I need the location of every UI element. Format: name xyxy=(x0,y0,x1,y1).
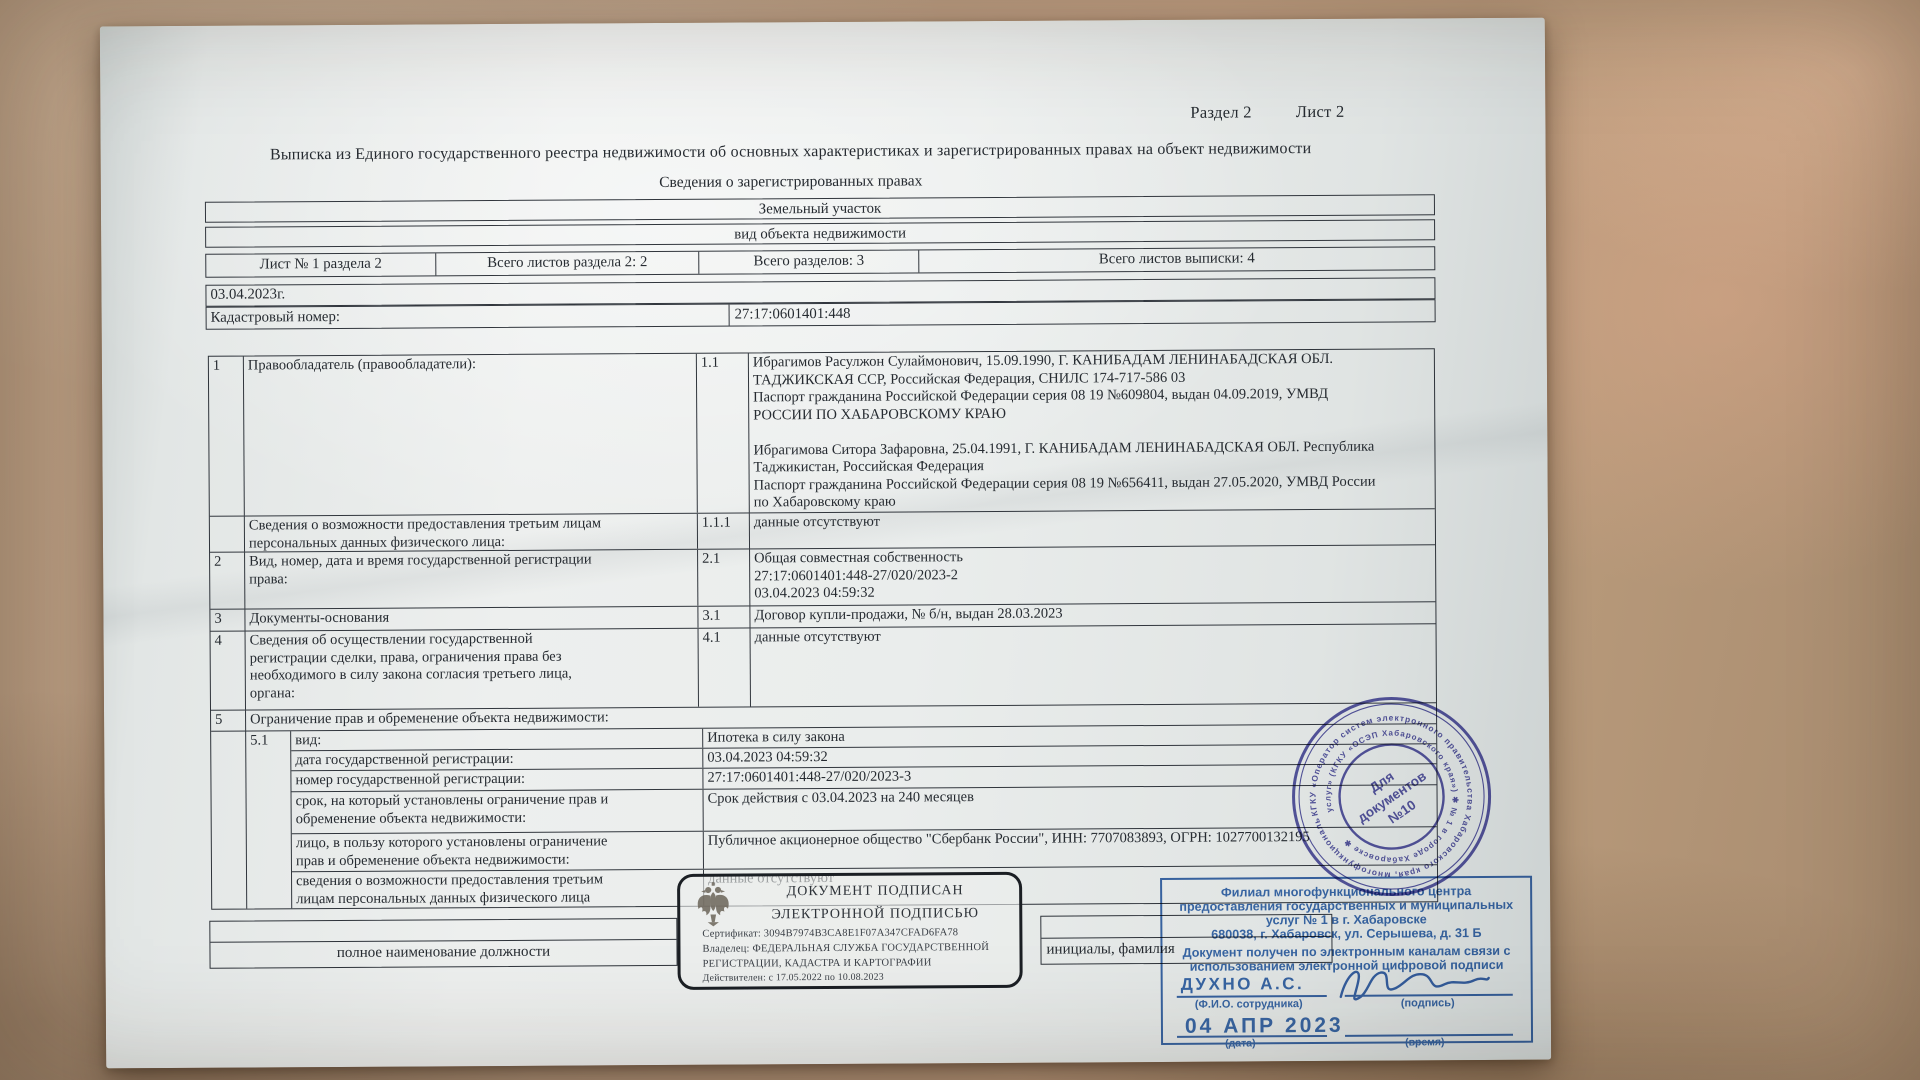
row-subnumber: 1.1 xyxy=(697,353,750,512)
document-subtitle: Сведения о зарегистрированных правах xyxy=(171,169,1411,195)
row-value: данные отсутствуют xyxy=(750,509,1435,548)
table-row: 2 Вид, номер, дата и время государственн… xyxy=(210,545,1435,609)
employee-name: ДУХНО А.С. xyxy=(1181,974,1305,995)
esign-stamp: ДОКУМЕНТ ПОДПИСАН ЭЛЕКТРОННОЙ ПОДПИСЬЮ С… xyxy=(677,872,1023,990)
row-label: срок, на который установлены ограничение… xyxy=(292,790,704,834)
row-number: 2 xyxy=(210,553,245,609)
esign-title-line1: ДОКУМЕНТ ПОДПИСАН xyxy=(740,883,1010,901)
signature-line xyxy=(210,919,676,943)
esign-owner-line2: РЕГИСТРАЦИИ, КАДАСТРА И КАРТОГРАФИИ xyxy=(703,957,932,969)
row-number: 4 xyxy=(211,632,246,710)
document-paper: Раздел 2Лист 2 Выписка из Единого госуда… xyxy=(100,18,1551,1069)
page-header: Раздел 2Лист 2 xyxy=(1190,102,1388,123)
row-label: Сведения об осуществлении государственно… xyxy=(246,629,699,710)
row-value: Договор купли-продажи, № б/н, выдан 28.0… xyxy=(750,602,1435,627)
row-number: 3 xyxy=(210,610,245,631)
row-label: вид: xyxy=(291,729,703,751)
rights-table: 1 Правообладатель (правообладатели): 1.1… xyxy=(208,348,1438,909)
signature-line xyxy=(1177,995,1327,998)
row-label: Сведения о возможности предоставления тр… xyxy=(245,514,698,552)
table-row: 4 Сведения об осуществлении государствен… xyxy=(211,624,1436,710)
eagle-emblem-icon xyxy=(692,881,734,929)
row-label: номер государственной регистрации: xyxy=(291,769,703,792)
sign-caption: (подпись) xyxy=(1401,997,1455,1009)
sheet-info-cell: Всего листов выписки: 4 xyxy=(919,247,1434,272)
sheet-info-cell: Всего разделов: 3 xyxy=(699,250,919,273)
position-caption: полное наименование должности xyxy=(210,940,676,968)
row-label: сведения о возможности предоставления тр… xyxy=(292,870,704,909)
employee-caption: (Ф.И.О. сотрудника) xyxy=(1195,998,1303,1011)
row-number: 5 xyxy=(211,711,246,731)
row-label: лицо, в пользу которого установлены огра… xyxy=(292,832,704,872)
document-title: Выписка из Единого государственного реес… xyxy=(171,139,1411,165)
object-type-caption: вид объекта недвижимости xyxy=(205,219,1435,248)
row-value: данные отсутствуют xyxy=(751,624,1436,706)
row-subnumber: 1.1.1 xyxy=(698,513,750,548)
esign-certificate: Сертификат: 3094B7974B3CA8E1F07A347CFAD6… xyxy=(702,927,958,940)
row-value: Общая совместная собственность 27:17:060… xyxy=(750,545,1435,605)
row-subnumber: 4.1 xyxy=(699,628,751,706)
row-label: Вид, номер, дата и время государственной… xyxy=(245,550,698,609)
esign-title-line2: ЭЛЕКТРОННОЙ ПОДПИСЬЮ xyxy=(740,906,1010,924)
object-type-value: Земельный участок xyxy=(205,194,1435,223)
sheet-info-cell: Лист № 1 раздела 2 xyxy=(206,253,436,276)
sheet-info-row: Лист № 1 раздела 2 Всего листов раздела … xyxy=(205,246,1435,278)
sheet-label: Лист 2 xyxy=(1296,102,1345,121)
table-row: срок, на который установлены ограничение… xyxy=(292,785,1437,834)
row-subnumber: 3.1 xyxy=(698,606,750,627)
cadastral-label: Кадастровый номер: xyxy=(207,305,730,329)
row-subnumber: 5.1 xyxy=(246,731,292,908)
row-label: дата государственной регистрации: xyxy=(291,749,703,771)
photo-page: Раздел 2Лист 2 Выписка из Единого госуда… xyxy=(0,0,1920,1080)
row-number xyxy=(210,517,245,552)
row-number: 1 xyxy=(209,357,245,516)
cadastral-value: 27:17:0601401:448 xyxy=(730,300,1435,325)
row-subnumber: 2.1 xyxy=(698,549,750,605)
row-label: Документы-основания xyxy=(245,607,698,631)
spacer-column xyxy=(211,732,247,909)
row-value: Ибрагимов Расулжон Сулаймонович, 15.09.1… xyxy=(749,349,1435,512)
esign-validity: Действителен: с 17.05.2022 по 10.08.2023 xyxy=(703,972,884,984)
mfc-address: 680038, г. Хабаровск, ул. Серышева, д. 3… xyxy=(1162,926,1530,942)
date-caption: (дата) xyxy=(1225,1037,1256,1049)
mfc-stamp: Филиал многофункционального центра предо… xyxy=(1160,876,1533,1045)
section-label: Раздел 2 xyxy=(1190,102,1252,121)
time-caption: (время) xyxy=(1405,1036,1445,1048)
table-row: 1 Правообладатель (правообладатели): 1.1… xyxy=(209,349,1435,516)
esign-owner-line1: Владелец: ФЕДЕРАЛЬНАЯ СЛУЖБА ГОСУДАРСТВЕ… xyxy=(702,942,989,955)
row-label: Правообладатель (правообладатели): xyxy=(244,354,698,516)
position-box: полное наименование должности xyxy=(209,918,677,969)
sheet-info-cell: Всего листов раздела 2: 2 xyxy=(436,252,699,276)
